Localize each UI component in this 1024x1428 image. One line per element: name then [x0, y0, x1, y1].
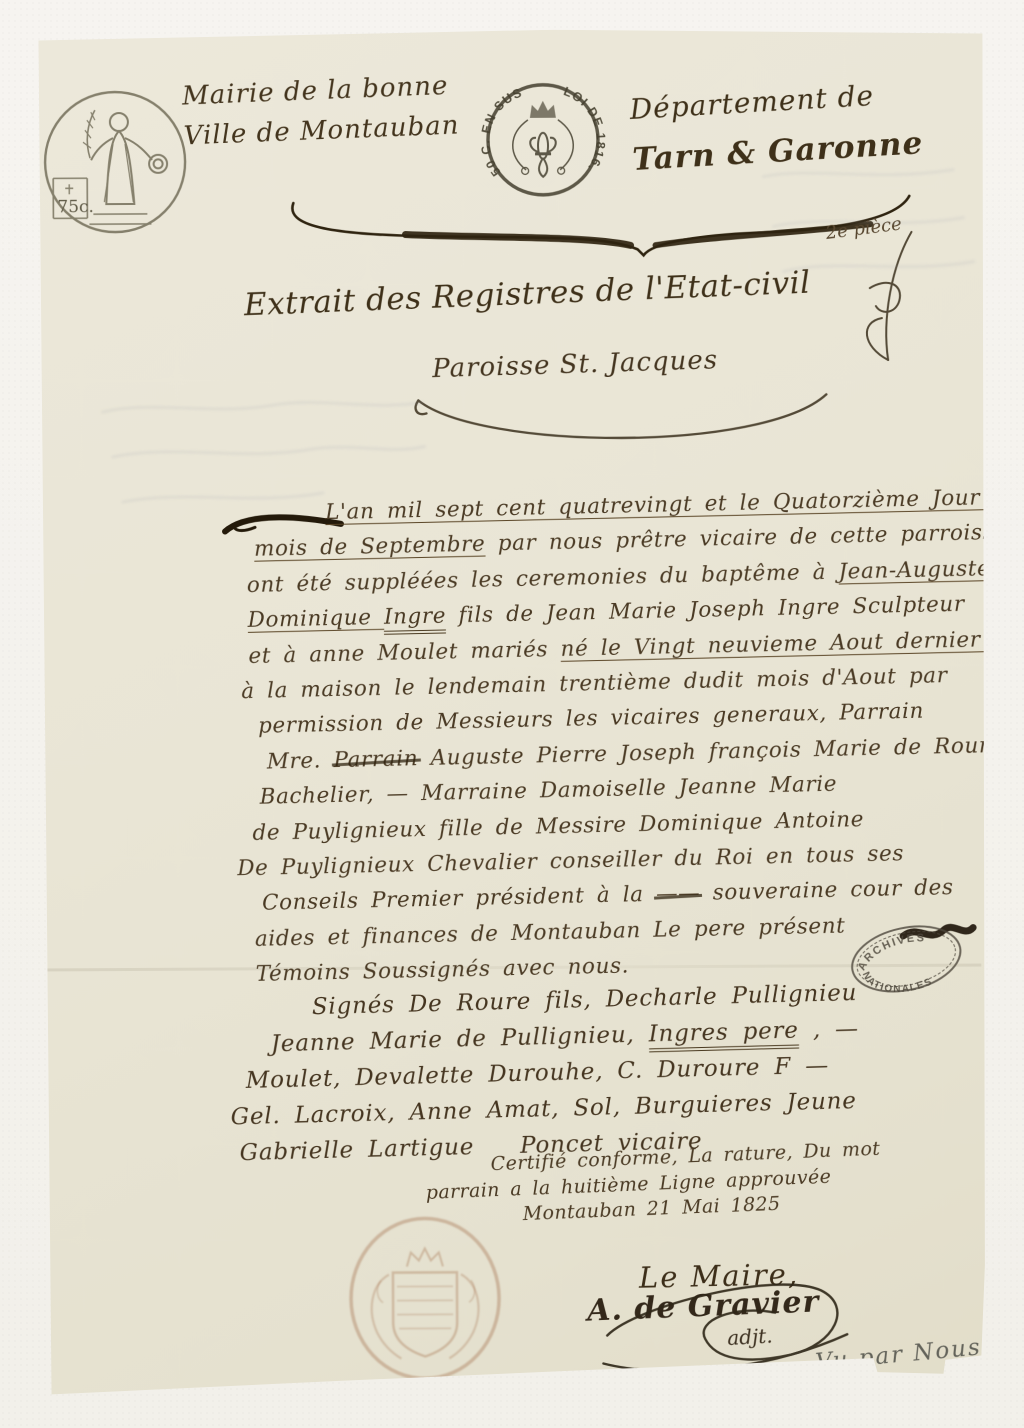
- manuscript-segment: Ingres pere: [648, 1017, 799, 1052]
- document-title: Extrait des Registres de l'Etat-civil: [243, 265, 811, 324]
- manuscript-segment: Ingre: [384, 604, 447, 635]
- manuscript-segment: Parrain: [333, 746, 418, 773]
- parish-subtitle: Paroisse St. Jacques: [432, 345, 719, 384]
- tax-stamp-loi-1816: 50 C. EN SUS LOI DE 1816.: [477, 73, 610, 206]
- manuscript-segment: souveraine cour des: [700, 875, 954, 906]
- manuscript-segment: et à anne Moulet mariés: [248, 636, 561, 668]
- ghost-showthrough-right: [753, 146, 984, 297]
- crown-icon: [530, 101, 556, 118]
- tax-stamp-arc-left-text: 50 C. EN SUS: [478, 85, 525, 179]
- manuscript-segment: fils de Jean Marie Joseph Ingre Sculpteu…: [446, 592, 965, 629]
- revenue-seal-75c: 75c.: [35, 82, 196, 243]
- subtitle-swash-flourish: [410, 388, 834, 462]
- manuscript-segment: Mre.: [267, 748, 334, 775]
- seal-value-label: 75c.: [57, 197, 94, 217]
- document-paper: 75c. Mairie de la bonne Ville de Montaub…: [32, 26, 991, 1403]
- manuscript-segment: mois de Septembre: [254, 532, 486, 562]
- seal-figure-head: [110, 113, 128, 131]
- manuscript-segment: Conseils Premier président à la: [262, 882, 657, 916]
- manuscript-segment: Jeanne Marie de Pullignieu,: [271, 1021, 650, 1057]
- act-text-block: L'an mil sept cent quatrevingt et le Qua…: [221, 480, 992, 993]
- red-wax-stamp: [331, 1210, 524, 1387]
- office-name: Mairie de la bonne Ville de Montauban: [181, 65, 460, 156]
- archives-stamp-line1: ARCHIVES: [851, 929, 932, 974]
- manuscript-segment: Dominique: [247, 605, 384, 633]
- manuscript-segment: né le Vingt neuvieme Aout dernier ondoyé: [560, 625, 1024, 662]
- svg-text:50 C. EN SUS: 50 C. EN SUS: [478, 85, 525, 179]
- manuscript-segment: , —: [798, 1016, 859, 1044]
- scanned-document: 75c. Mairie de la bonne Ville de Montaub…: [0, 0, 1024, 1428]
- manuscript-segment: ——: [656, 881, 701, 907]
- svg-text:ARCHIVES: ARCHIVES: [851, 929, 932, 974]
- manuscript-segment: Jean-Auguste —: [838, 555, 1024, 584]
- signature-suffix: adjt.: [727, 1323, 774, 1350]
